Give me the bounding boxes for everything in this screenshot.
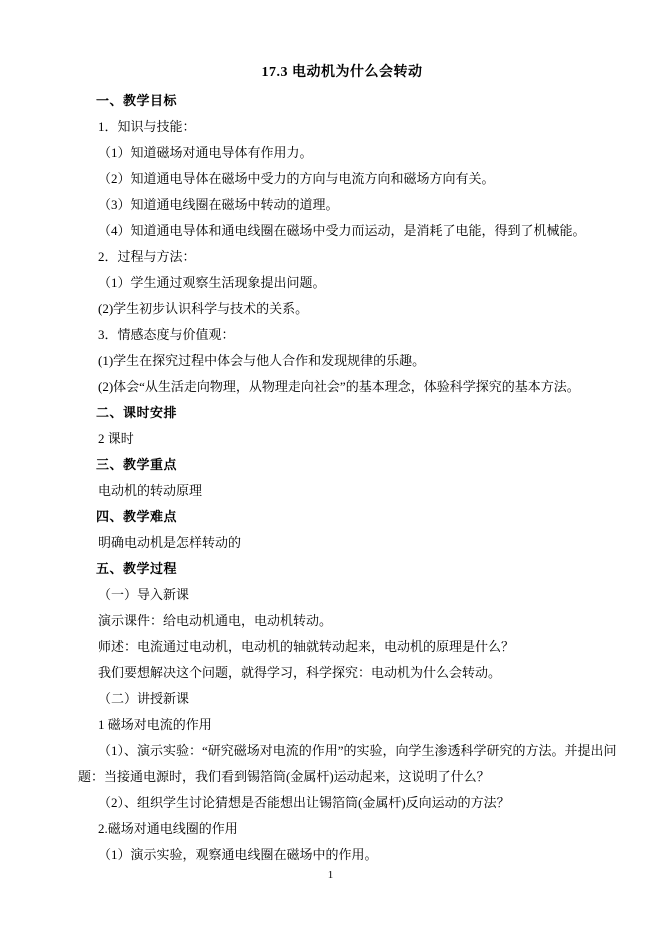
doc-line: (2)体会“从生活走向物理，从物理走向社会”的基本理念，体验科学探究的基本方法。	[78, 374, 629, 400]
doc-line: （2）、组织学生讨论猜想是否能想出让锡箔筒(金属杆)反向运动的方法？	[78, 790, 629, 816]
doc-line: （2）知道通电导体在磁场中受力的方向与电流方向和磁场方向有关。	[78, 166, 629, 192]
doc-line: 2.磁场对通电线圈的作用	[78, 816, 629, 842]
doc-line: （1）、演示实验：“研究磁场对电流的作用”的实验，向学生渗透科学研究的方法。并提…	[78, 738, 629, 790]
doc-line: 我们要想解决这个问题，就得学习，科学探究：电动机为什么会转动。	[78, 660, 629, 686]
doc-title: 17.3 电动机为什么会转动	[55, 60, 629, 86]
doc-line: （4）知道通电导体和通电线圈在磁场中受力而运动，是消耗了电能，得到了机械能。	[78, 218, 629, 244]
doc-line: (2)学生初步认识科学与技术的关系。	[78, 296, 629, 322]
doc-line: 1 磁场对电流的作用	[78, 712, 629, 738]
doc-body: 一、教学目标1．知识与技能：（1）知道磁场对通电导体有作用力。（2）知道通电导体…	[78, 88, 629, 868]
doc-line: 电动机的转动原理	[78, 478, 629, 504]
doc-line: （二）讲授新课	[78, 686, 629, 712]
section-heading: 三、教学重点	[78, 452, 629, 478]
doc-line: （1）演示实验，观察通电线圈在磁场中的作用。	[78, 842, 629, 868]
doc-line: （一）导入新课	[78, 582, 629, 608]
doc-line: （1）知道磁场对通电导体有作用力。	[78, 140, 629, 166]
page-number: 1	[0, 868, 661, 882]
section-heading: 五、教学过程	[78, 556, 629, 582]
doc-line: 2 课时	[78, 426, 629, 452]
doc-line: （1）学生通过观察生活现象提出问题。	[78, 270, 629, 296]
doc-line: （3）知道通电线圈在磁场中转动的道理。	[78, 192, 629, 218]
document-page: 17.3 电动机为什么会转动 一、教学目标1．知识与技能：（1）知道磁场对通电导…	[0, 0, 661, 936]
doc-line: 1．知识与技能：	[78, 114, 629, 140]
doc-line: 2．过程与方法：	[78, 244, 629, 270]
doc-line: 师述：电流通过电动机，电动机的轴就转动起来，电动机的原理是什么？	[78, 634, 629, 660]
doc-line: 演示课件：给电动机通电，电动机转动。	[78, 608, 629, 634]
doc-line: 3．情感态度与价值观：	[78, 322, 629, 348]
section-heading: 二、课时安排	[78, 400, 629, 426]
doc-line: (1)学生在探究过程中体会与他人合作和发现规律的乐趣。	[78, 348, 629, 374]
section-heading: 一、教学目标	[78, 88, 629, 114]
section-heading: 四、教学难点	[78, 504, 629, 530]
doc-line: 明确电动机是怎样转动的	[78, 530, 629, 556]
